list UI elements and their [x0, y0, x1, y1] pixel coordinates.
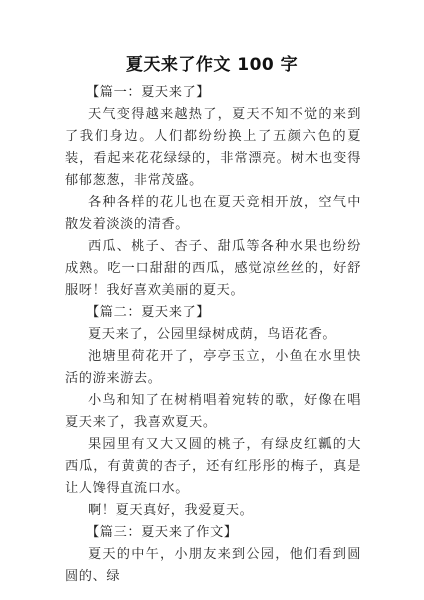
paragraph: 天气变得越来越热了，夏天不知不觉的来到了我们身边。人们都纷纷换上了五颜六色的夏装… — [65, 104, 361, 192]
paragraph: 小鸟和知了在树梢唱着宛转的歌，好像在唱夏天来了，我喜欢夏天。 — [65, 390, 361, 434]
section-heading: 【篇一：夏天来了】 — [65, 82, 361, 104]
section-heading: 【篇三：夏天来了作文】 — [65, 522, 361, 544]
paragraph: 果园里有又大又圆的桃子，有绿皮红瓤的大西瓜，有黄黄的杏子，还有红彤彤的梅子，真是… — [65, 434, 361, 500]
document-title: 夏天来了作文 100 字 — [0, 50, 424, 75]
paragraph: 各种各样的花儿也在夏天竞相开放，空气中散发着淡淡的清香。 — [65, 192, 361, 236]
paragraph: 夏天的中午，小朋友来到公园，他们看到圆圆的、绿 — [65, 544, 361, 588]
paragraph: 西瓜、桃子、杏子、甜瓜等各种水果也纷纷成熟。吃一口甜甜的西瓜，感觉凉丝丝的，好舒… — [65, 236, 361, 302]
section-heading: 【篇二：夏天来了】 — [65, 302, 361, 324]
paragraph: 啊！夏天真好，我爱夏天。 — [65, 500, 361, 522]
paragraph: 夏天来了，公园里绿树成荫，鸟语花香。 — [65, 324, 361, 346]
document-body: 【篇一：夏天来了】 天气变得越来越热了，夏天不知不觉的来到了我们身边。人们都纷纷… — [65, 82, 361, 588]
paragraph: 池塘里荷花开了，亭亭玉立，小鱼在水里快活的游来游去。 — [65, 346, 361, 390]
